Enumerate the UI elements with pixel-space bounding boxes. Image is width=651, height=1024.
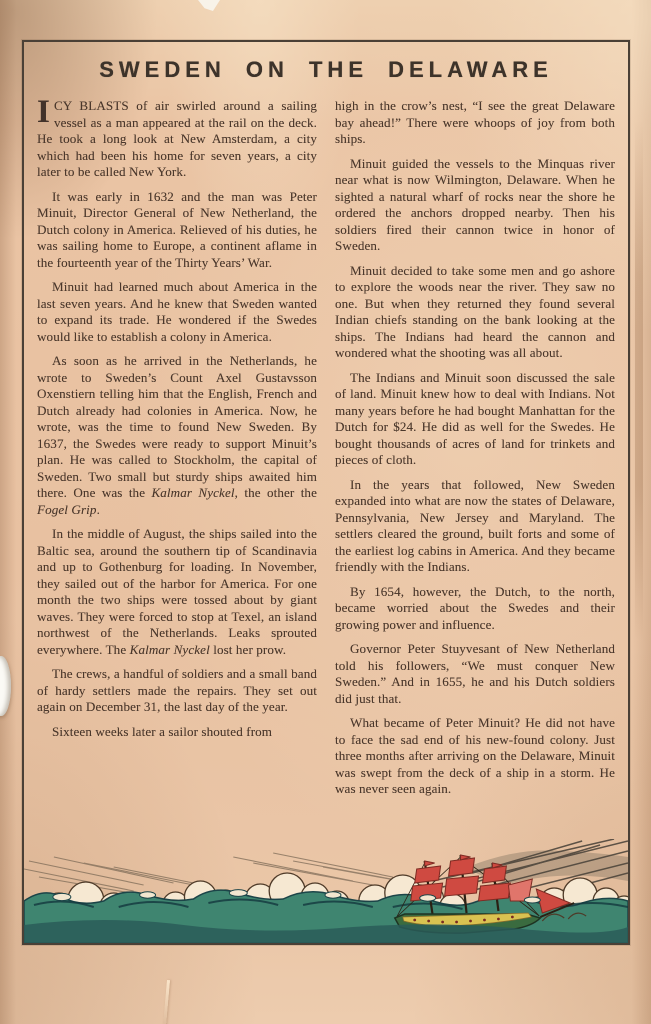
scanned-page: SWEDEN ON THE DELAWARE ICY BLASTS of air… xyxy=(0,0,651,1024)
text-run: In the middle of August, the ships saile… xyxy=(37,526,317,657)
text-run: high in the crow’s nest, “I see the grea… xyxy=(335,98,615,146)
paragraph: As soon as he arrived in the Netherlands… xyxy=(37,353,317,518)
paragraph: ICY BLASTS of air swirled around a saili… xyxy=(37,98,317,181)
ship-name-italic: Kalmar Nyckel xyxy=(130,642,210,657)
text-run: ICY BLASTS of air swirled around a saili… xyxy=(37,98,317,179)
text-run: lost her prow. xyxy=(210,642,286,657)
paragraph: In the years that followed, New Sweden e… xyxy=(335,477,615,576)
paper-chip-left xyxy=(0,656,11,716)
paragraph: The crews, a handful of soldiers and a s… xyxy=(37,666,317,716)
text-run: By 1654, however, the Dutch, to the nort… xyxy=(335,584,615,632)
paragraph: Sixteen weeks later a sailor shouted fro… xyxy=(37,724,317,741)
article-body: ICY BLASTS of air swirled around a saili… xyxy=(37,98,615,939)
text-run: The crews, a handful of soldiers and a s… xyxy=(37,666,317,714)
left-column: ICY BLASTS of air swirled around a saili… xyxy=(37,98,317,939)
text-run: In the years that followed, New Sweden e… xyxy=(335,477,615,575)
text-run: It was early in 1632 and the man was Pet… xyxy=(37,189,317,270)
text-run: The Indians and Minuit soon discussed th… xyxy=(335,370,615,468)
text-run: , the other the xyxy=(235,485,317,500)
ship-name-italic: Kalmar Nyckel xyxy=(151,485,234,500)
paragraph: The Indians and Minuit soon discussed th… xyxy=(335,370,615,469)
page-frame: SWEDEN ON THE DELAWARE ICY BLASTS of air… xyxy=(22,40,630,945)
paragraph: What became of Peter Minuit? He did not … xyxy=(335,715,615,798)
paper-crease-bottom xyxy=(163,980,170,1024)
paragraph: Minuit decided to take some men and go a… xyxy=(335,263,615,362)
text-run: . xyxy=(97,502,100,517)
ship-name-italic: Fogel Grip xyxy=(37,502,97,517)
right-column: high in the crow’s nest, “I see the grea… xyxy=(335,98,615,939)
text-run: As soon as he arrived in the Netherlands… xyxy=(37,353,317,500)
paragraph: Minuit had learned much about America in… xyxy=(37,279,317,345)
text-run: What became of Peter Minuit? He did not … xyxy=(335,715,615,796)
text-run: Sixteen weeks later a sailor shouted fro… xyxy=(52,724,272,739)
page-title: SWEDEN ON THE DELAWARE xyxy=(24,57,628,83)
text-run: Minuit decided to take some men and go a… xyxy=(335,263,615,361)
paragraph: In the middle of August, the ships saile… xyxy=(37,526,317,658)
paragraph: By 1654, however, the Dutch, to the nort… xyxy=(335,584,615,634)
text-run: Minuit had learned much about America in… xyxy=(37,279,317,344)
paragraph: Governor Peter Stuyvesant of New Netherl… xyxy=(335,641,615,707)
paragraph: It was early in 1632 and the man was Pet… xyxy=(37,189,317,272)
paper-tear-top xyxy=(198,0,220,11)
paragraph: high in the crow’s nest, “I see the grea… xyxy=(335,98,615,148)
text-run: Minuit guided the vessels to the Minquas… xyxy=(335,156,615,254)
text-run: Governor Peter Stuyvesant of New Netherl… xyxy=(335,641,615,706)
paragraph: Minuit guided the vessels to the Minquas… xyxy=(335,156,615,255)
